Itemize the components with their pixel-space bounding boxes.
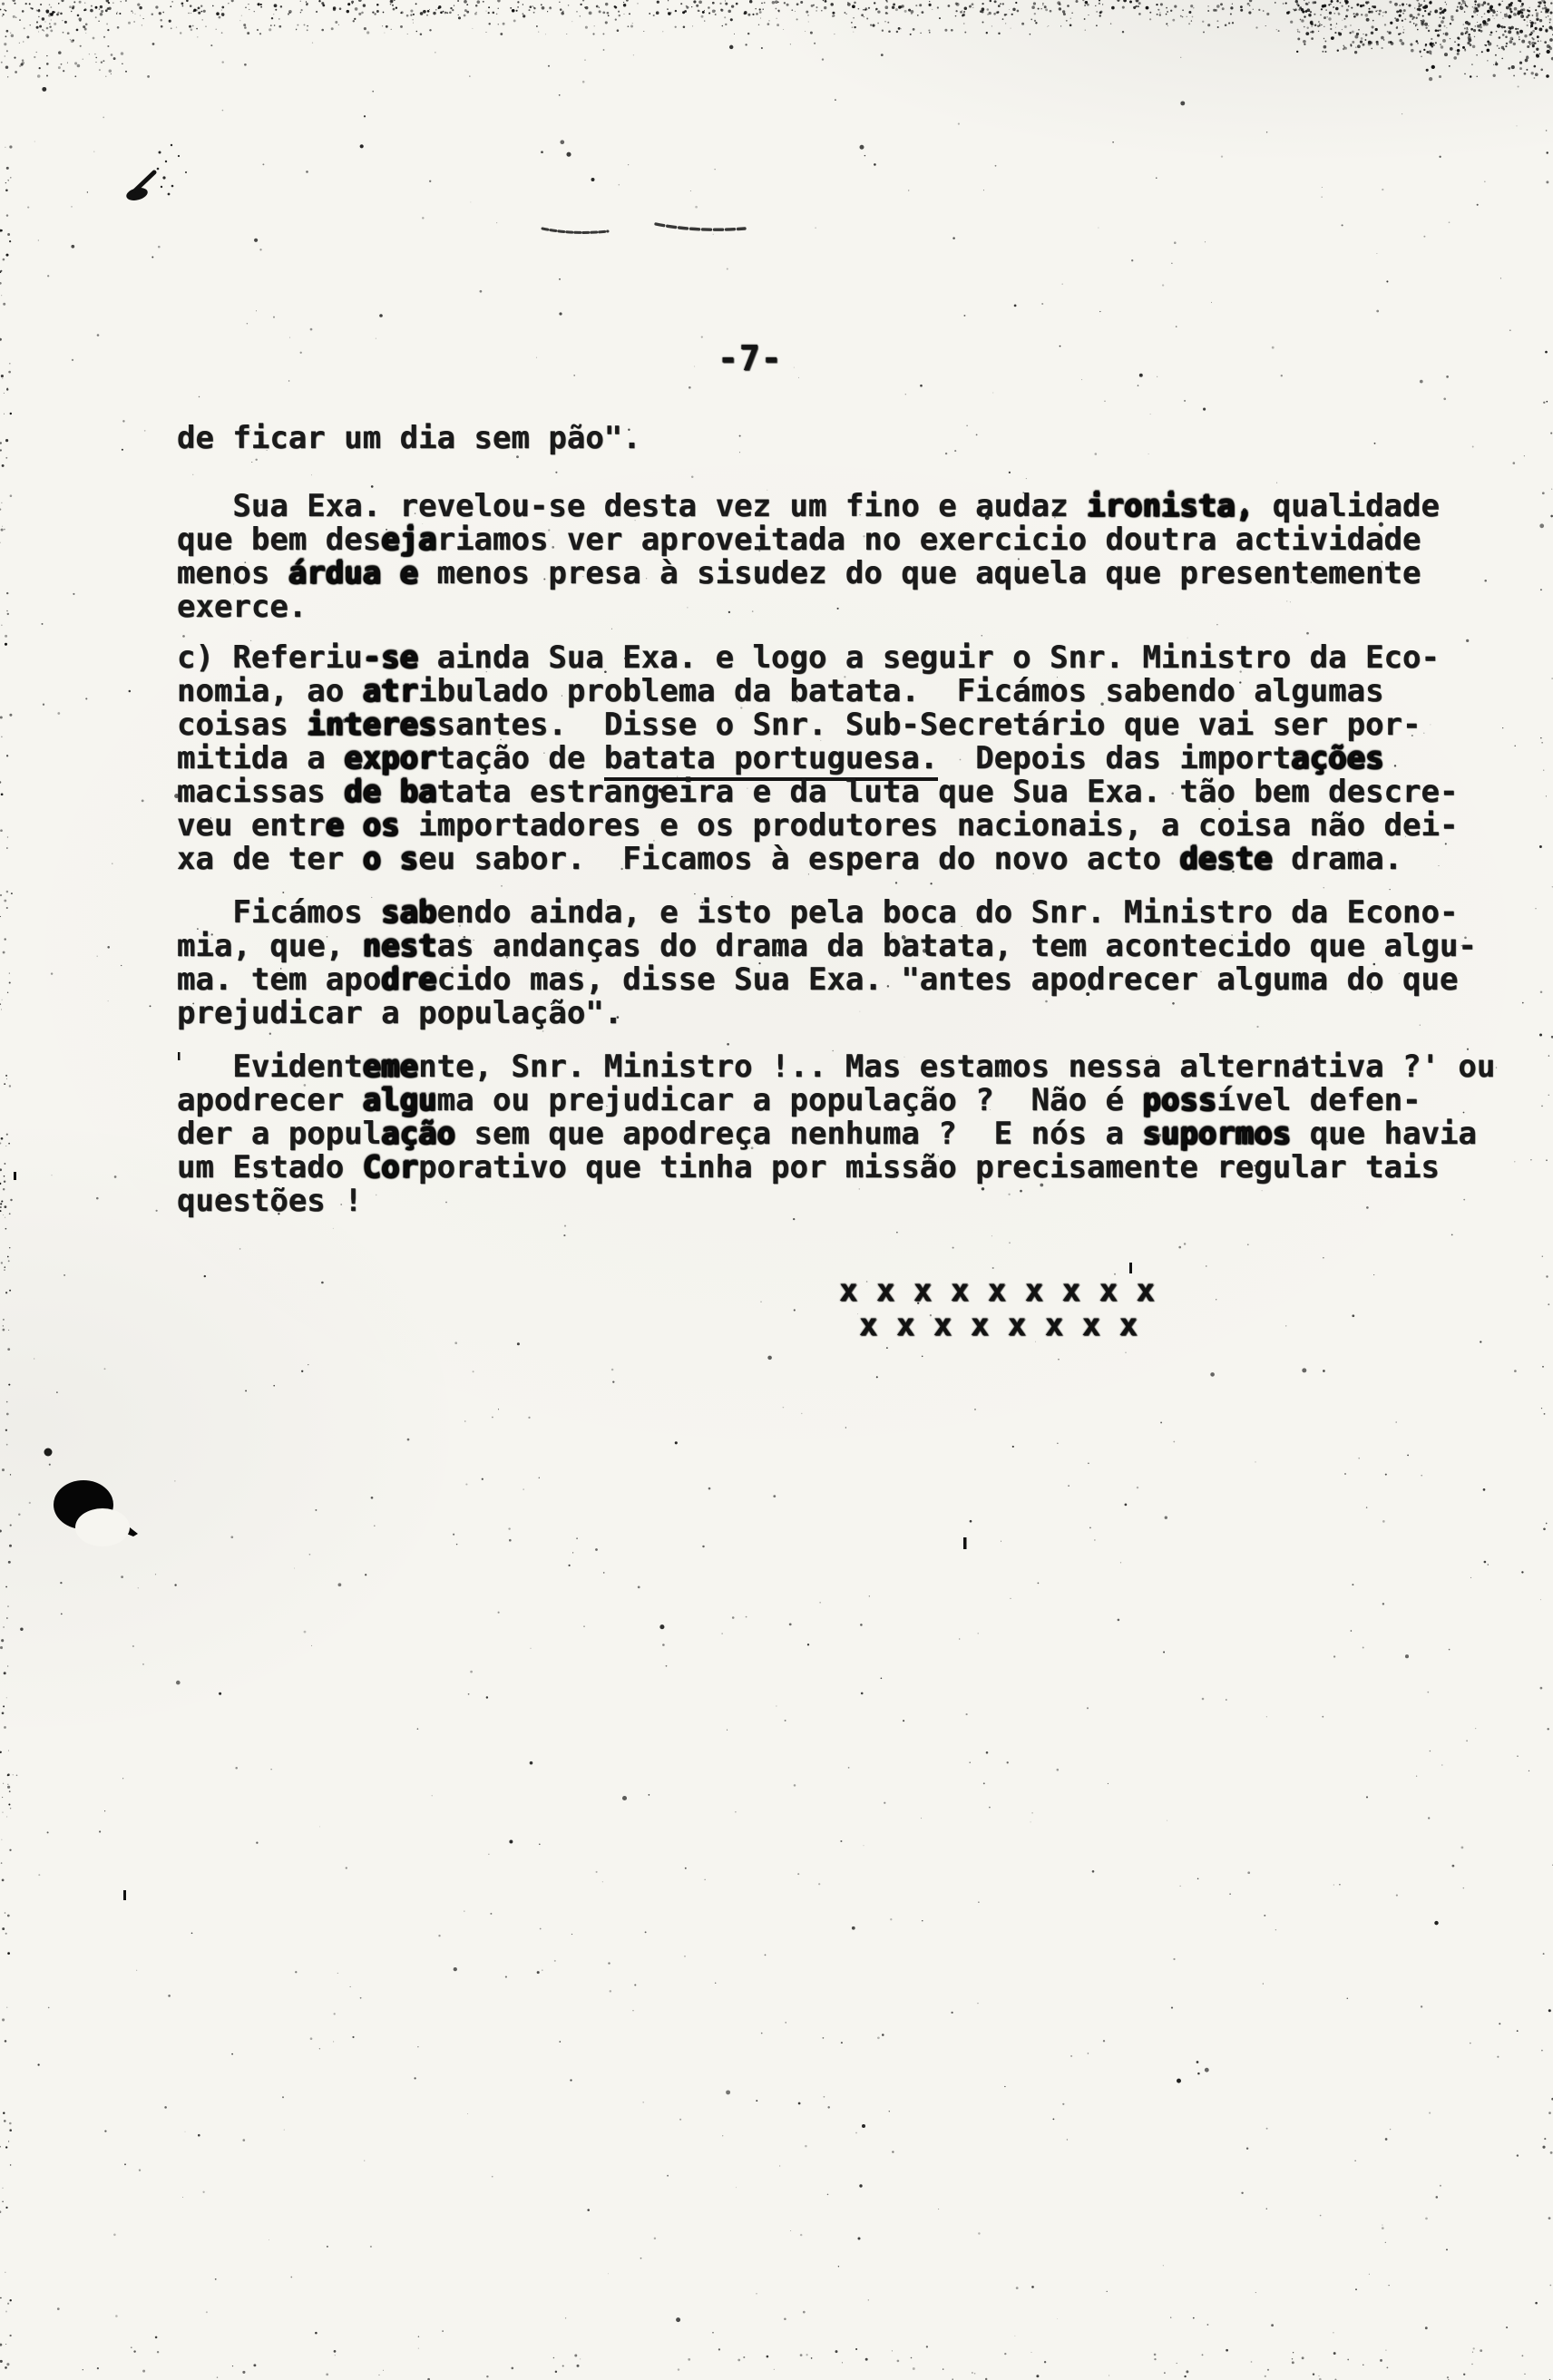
text-line: prejudicar a população". <box>177 997 1501 1030</box>
stray-mark <box>14 1172 16 1180</box>
text-segment: deste <box>1179 841 1272 877</box>
text-segment: santes. Disse o Snr. Sub-Secretário que … <box>437 707 1421 743</box>
text-line: de ficar um dia sem pão". <box>177 422 1501 455</box>
text-segment: eme <box>363 1049 418 1085</box>
text-segment: algu <box>363 1082 437 1118</box>
text-segment: dre <box>381 961 436 998</box>
paragraph: Evidentemente, Snr. Ministro !.. Mas est… <box>177 1050 1501 1218</box>
paragraph: Ficámos sabendo ainda, e isto pela boca … <box>177 896 1501 1030</box>
text-line: um Estado Corporativo que tinha por miss… <box>177 1151 1501 1185</box>
text-segment: exerce. <box>177 589 307 625</box>
text-segment: mitida a <box>177 740 344 776</box>
text-segment: macissas <box>177 774 344 810</box>
text-line: que bem desejariamos ver aproveitada no … <box>177 523 1501 557</box>
text-segment: ma. tem apo <box>177 961 381 998</box>
text-segment: cido mas, disse Sua Exa. "antes apodrece… <box>437 961 1459 998</box>
text-segment: qualidade <box>1254 488 1440 524</box>
text-line: exerce. <box>177 590 1501 624</box>
text-segment: der a popul <box>177 1116 381 1152</box>
text-segment: menos <box>177 555 288 591</box>
text-segment: coisas <box>177 707 307 743</box>
text-segment: importadores e os produtores nacionais, … <box>400 807 1459 844</box>
text-line: Ficámos sabendo ainda, e isto pela boca … <box>177 896 1501 930</box>
text-segment: ibulado problema da batata. Ficámos sabe… <box>418 673 1383 709</box>
smudge-mark <box>542 229 608 232</box>
separator-x-row: x x x x x x x x x <box>839 1274 1155 1308</box>
pencil-mark <box>135 172 154 190</box>
text-segment: de ba <box>344 774 436 810</box>
text-line: mitida a exportação de batata portuguesa… <box>177 742 1501 775</box>
text-segment: tação de <box>437 740 604 776</box>
text-segment: poss <box>1142 1082 1216 1118</box>
text-segment: sab <box>381 894 436 931</box>
text-segment: nte, Snr. Ministro !.. Mas estamos nessa… <box>418 1049 1495 1085</box>
text-segment: um Estado <box>177 1149 363 1185</box>
text-segment: e os <box>326 807 400 844</box>
text-segment: de ficar um dia sem pão". <box>177 420 641 456</box>
page-number: -7- <box>718 341 783 376</box>
text-segment: drama. <box>1273 841 1402 877</box>
text-segment: ações <box>1291 740 1383 776</box>
smudge-mark <box>656 224 745 229</box>
text-segment: tata estrangeira e da luta que Sua Exa. … <box>437 774 1459 810</box>
separator-x-row: x x x x x x x x <box>859 1309 1138 1342</box>
ink-blot-cutout <box>75 1508 130 1546</box>
text-line: coisas interessantes. Disse o Snr. Sub-S… <box>177 708 1501 742</box>
text-segment: -se <box>363 639 418 676</box>
text-segment: porativo que tinha por missão precisamen… <box>418 1149 1440 1185</box>
text-segment: expor <box>344 740 436 776</box>
text-line: mia, que, nestas andanças do drama da ba… <box>177 930 1501 963</box>
text-segment: eja <box>381 522 436 558</box>
text-segment: ação <box>381 1116 455 1152</box>
text-segment: as andanças do drama da batata, tem acon… <box>437 928 1477 964</box>
text-segment: mia, que, <box>177 928 363 964</box>
text-line: macissas de batata estrangeira e da luta… <box>177 775 1501 809</box>
text-segment: Evident <box>177 1049 363 1085</box>
text-segment: interes <box>307 707 436 743</box>
text-segment: árdua e <box>288 555 418 591</box>
text-segment: Sua Exa. revelou-se desta vez um fino e … <box>177 488 1087 524</box>
text-segment: nomia, ao <box>177 673 363 709</box>
paragraph: de ficar um dia sem pão". <box>177 422 1501 455</box>
text-line: c) Referiu-se ainda Sua Exa. e logo a se… <box>177 641 1501 675</box>
text-line: Evidentemente, Snr. Ministro !.. Mas est… <box>177 1050 1501 1084</box>
text-line: xa de ter o seu sabor. Ficamos à espera … <box>177 843 1501 876</box>
text-segment: o s <box>363 841 418 877</box>
text-segment: ma ou prejudicar a população ? Não é <box>437 1082 1143 1118</box>
text-segment: questões ! <box>177 1183 363 1219</box>
stray-mark <box>123 1890 126 1900</box>
text-segment: menos presa à sisudez do que aquela que … <box>418 555 1421 591</box>
text-segment: endo ainda, e isto pela boca do Snr. Min… <box>437 894 1459 931</box>
text-segment: c) Referiu <box>177 639 363 676</box>
text-line: questões ! <box>177 1185 1501 1218</box>
text-segment: nest <box>363 928 437 964</box>
stray-mark <box>963 1537 967 1549</box>
scanned-page: -7- de ficar um dia sem pão". Sua Exa. r… <box>0 0 1553 2380</box>
text-segment: que bem des <box>177 522 381 558</box>
text-segment: Depois das import <box>938 740 1291 776</box>
text-segment: riamos ver aproveitada no exercicio dout… <box>437 522 1421 558</box>
text-line: ma. tem apodrecido mas, disse Sua Exa. "… <box>177 963 1501 997</box>
text-segment: sem que apodreça nenhuma ? E nós a <box>455 1116 1142 1152</box>
text-line: Sua Exa. revelou-se desta vez um fino e … <box>177 490 1501 523</box>
text-segment: que havia <box>1291 1116 1477 1152</box>
text-line: menos árdua e menos presa à sisudez do q… <box>177 557 1501 590</box>
text-segment: ainda Sua Exa. e logo a seguir o Snr. Mi… <box>418 639 1440 676</box>
text-line: der a população sem que apodreça nenhuma… <box>177 1117 1501 1151</box>
paragraph: Sua Exa. revelou-se desta vez um fino e … <box>177 490 1501 624</box>
text-segment: Cor <box>363 1149 418 1185</box>
paragraph: c) Referiu-se ainda Sua Exa. e logo a se… <box>177 641 1501 876</box>
text-line: nomia, ao atribulado problema da batata.… <box>177 675 1501 708</box>
text-segment: prejudicar a população". <box>177 995 622 1031</box>
text-segment: veu entr <box>177 807 326 844</box>
text-segment: Ficámos <box>177 894 381 931</box>
text-segment: eu sabor. Ficamos à espera do novo acto <box>418 841 1179 877</box>
text-segment: supormos <box>1142 1116 1291 1152</box>
text-line: apodrecer alguma ou prejudicar a populaç… <box>177 1084 1501 1117</box>
text-segment: apodrecer <box>177 1082 363 1118</box>
text-line: veu entre os importadores e os produtore… <box>177 809 1501 843</box>
text-segment: ironista, <box>1087 488 1254 524</box>
text-segment: atr <box>363 673 418 709</box>
text-segment: xa de ter <box>177 841 363 877</box>
text-segment: ível defen- <box>1216 1082 1421 1118</box>
